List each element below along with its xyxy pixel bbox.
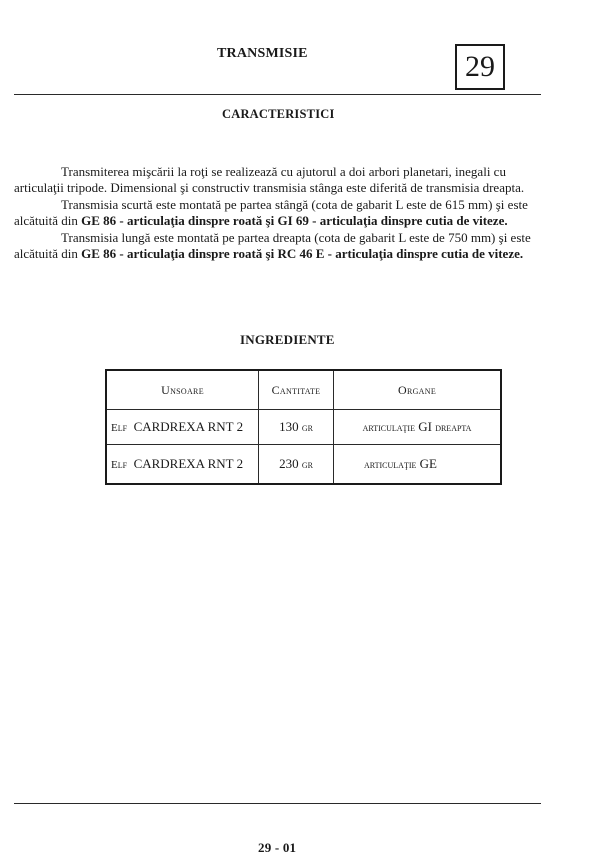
ingredients-table: Unsoare Cantitate Organe Elf CARDREXA RN…: [105, 369, 502, 485]
paragraph-1-text: Transmiterea mişcării la roţi se realize…: [14, 164, 524, 195]
section-title-caracteristici: CARACTERISTICI: [222, 107, 335, 122]
paragraph-3-bold: GE 86 - articulaţia dinspre roată şi RC …: [81, 246, 523, 261]
footer-divider: [14, 803, 541, 804]
paragraph-3: Transmisia lungă este montată pe partea …: [14, 230, 534, 263]
organ-prefix: articulaţie: [363, 422, 415, 434]
description-text: Transmiterea mişcării la roţi se realize…: [14, 164, 534, 262]
table-header-row: Unsoare Cantitate Organe: [106, 370, 501, 410]
organ-prefix: articulaţie: [364, 459, 416, 471]
paragraph-2: Transmisia scurtă este montată pe partea…: [14, 197, 534, 230]
header-divider: [14, 94, 541, 95]
qty-unit: gr: [302, 422, 313, 434]
product: CARDREXA RNT 2: [134, 419, 244, 434]
page-number: 29 - 01: [258, 840, 296, 856]
cell-organ: articulaţie GI dreapta: [334, 410, 502, 445]
brand: Elf: [111, 459, 127, 471]
qty-unit: gr: [302, 459, 313, 471]
cell-quantity: 130 gr: [259, 410, 334, 445]
paragraph-1: Transmiterea mişcării la roţi se realize…: [14, 164, 534, 197]
chapter-title: TRANSMISIE: [217, 46, 308, 62]
cell-lubricant: Elf CARDREXA RNT 2: [106, 410, 259, 445]
chapter-number-box: 29: [455, 44, 505, 90]
cell-quantity: 230 gr: [259, 445, 334, 485]
section-title-ingrediente: INGREDIENTE: [240, 332, 335, 348]
organ-main: GI: [418, 419, 432, 434]
paragraph-2-bold: GE 86 - articulaţia dinspre roată şi GI …: [81, 213, 507, 228]
cell-lubricant: Elf CARDREXA RNT 2: [106, 445, 259, 485]
organ-main: GE: [420, 456, 437, 471]
table-row: Elf CARDREXA RNT 2 230 gr articulaţie GE: [106, 445, 501, 485]
qty-value: 130: [279, 419, 299, 434]
header-cantitate: Cantitate: [259, 370, 334, 410]
organ-suffix: dreapta: [435, 422, 471, 434]
product: CARDREXA RNT 2: [134, 456, 244, 471]
qty-value: 230: [279, 456, 299, 471]
brand: Elf: [111, 422, 127, 434]
header-organe: Organe: [334, 370, 502, 410]
cell-organ: articulaţie GE: [334, 445, 502, 485]
header-unsoare: Unsoare: [106, 370, 259, 410]
table-row: Elf CARDREXA RNT 2 130 gr articulaţie GI…: [106, 410, 501, 445]
